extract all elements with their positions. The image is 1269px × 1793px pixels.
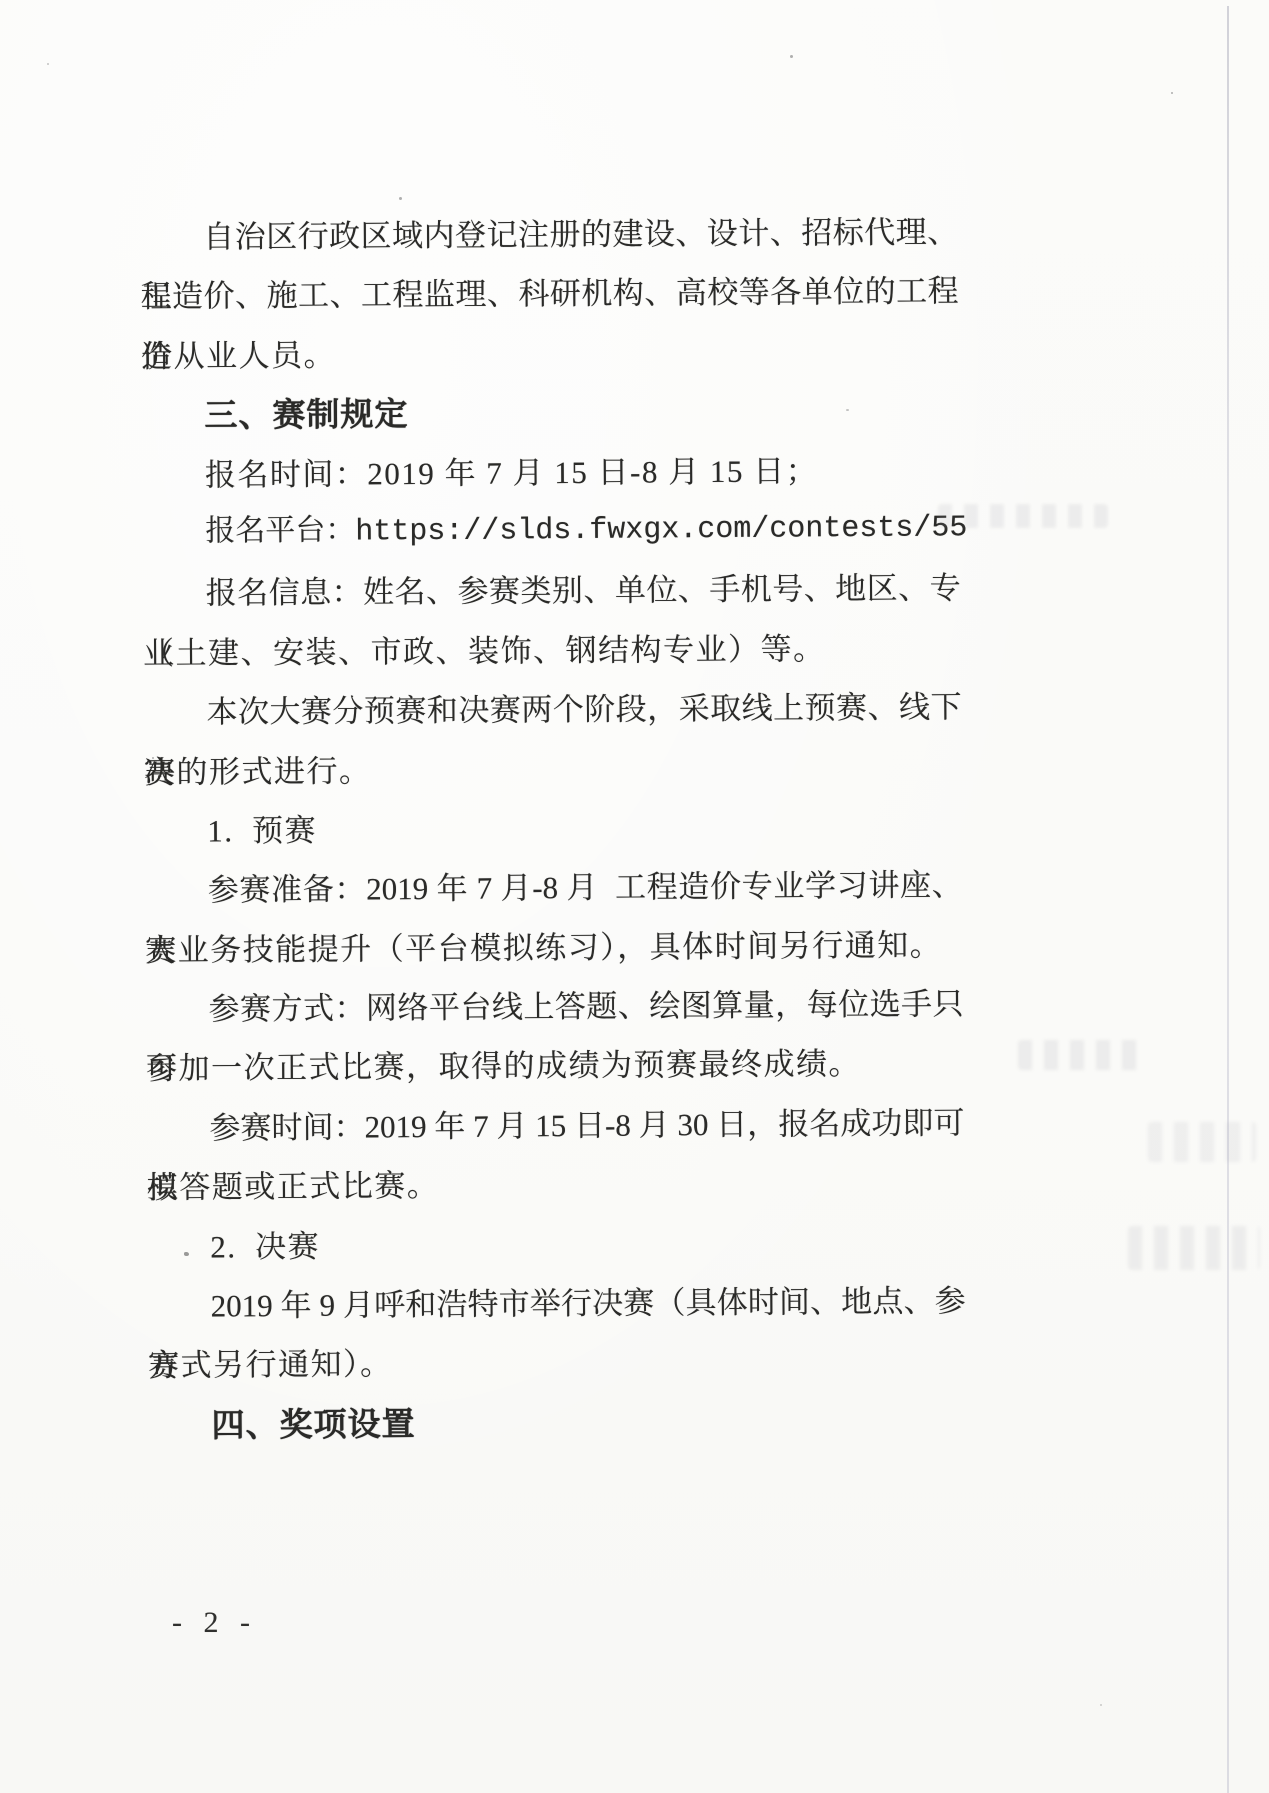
scan-speck (790, 55, 793, 58)
scan-speck (47, 63, 49, 65)
text-line: 自治区行政区域内登记注册的建设、设计、招标代理、工 (140, 202, 958, 267)
text-line: 报名平台：https://slds.fwxgx.com/contests/55 (142, 499, 960, 564)
bleed-through-artifact (1148, 1122, 1256, 1162)
text-line: 参加一次正式比赛，取得的成绩为预赛最终成绩。 (146, 1034, 964, 1099)
scan-speck (184, 1252, 189, 1256)
scanned-document-page: 自治区行政区域内登记注册的建设、设计、招标代理、工程造价、施工、工程监理、科研机… (0, 0, 1269, 1793)
text-line: 价从业人员。 (141, 321, 959, 386)
text-line: 参赛方式：网络平台线上答题、绘图算量，每位选手只可 (145, 974, 963, 1039)
text-line: 方式另行通知）。 (148, 1331, 966, 1396)
text-line: 本次大赛分预赛和决赛两个阶段，采取线上预赛、线下决 (143, 677, 961, 742)
bleed-through-artifact (1128, 1226, 1260, 1270)
text-line: 报名时间：2019 年 7 月 15 日-8 月 15 日； (142, 440, 960, 505)
scan-speck (152, 757, 154, 759)
scan-speck (399, 197, 402, 200)
section-heading: 三、赛制规定 (141, 380, 959, 445)
text-line: 程造价、施工、工程监理、科研机构、高校等各单位的工程造 (140, 262, 958, 327)
text-line: 参赛准备：2019 年 7 月-8 月 工程造价专业学习讲座、大 (145, 856, 963, 921)
text-line: 参赛时间：2019 年 7 月 15 日-8 月 30 日，报名成功即可模 (146, 1093, 964, 1158)
scan-speck (1100, 1704, 1102, 1706)
scan-speck (846, 409, 849, 411)
document-body: 自治区行政区域内登记注册的建设、设计、招标代理、工程造价、施工、工程监理、科研机… (140, 202, 967, 1455)
text-line: 拟答题或正式比赛。 (147, 1153, 965, 1218)
text-line: 2019 年 9 月呼和浩特市举行决赛（具体时间、地点、参赛 (147, 1271, 965, 1336)
text-line: 报名信息：姓名、参赛类别、单位、手机号、地区、专业 (142, 559, 960, 624)
bleed-through-artifact (1018, 1040, 1143, 1070)
scanner-edge-line (1227, 6, 1229, 1793)
scan-speck (1171, 92, 1173, 94)
bleed-through-artifact (938, 504, 1108, 528)
text-line: 2. 决赛 (147, 1212, 965, 1277)
page-number: - 2 - (172, 1606, 257, 1640)
text-line: 赛的形式进行。 (144, 737, 962, 802)
text-line: （土建、安装、市政、装饰、钢结构专业）等。 (143, 618, 961, 683)
section-heading: 四、奖项设置 (148, 1390, 966, 1455)
text-line: 赛业务技能提升（平台模拟练习），具体时间另行通知。 (145, 915, 963, 980)
text-line: 1. 预赛 (144, 796, 962, 861)
